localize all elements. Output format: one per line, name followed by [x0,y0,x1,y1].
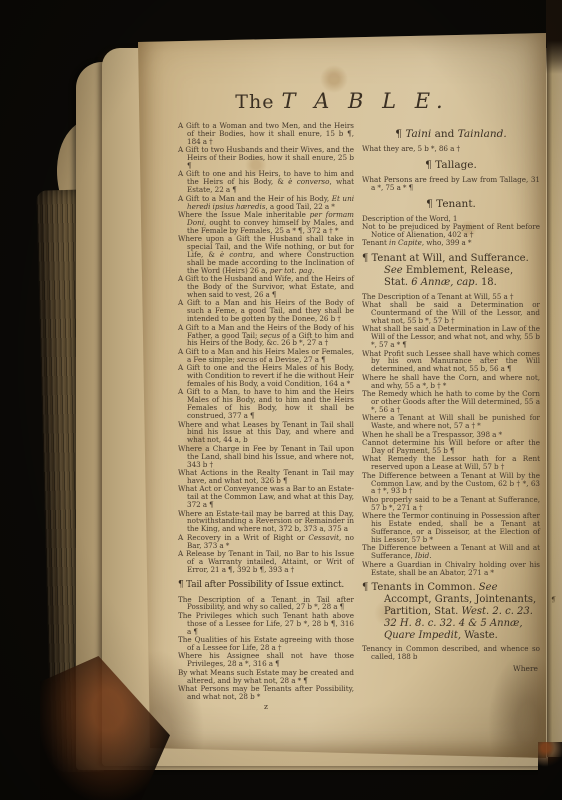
index-entry: What Persons may be Tenants after Possib… [178,685,354,701]
section-heading: ¶ Tenant at Will, and Sufferance. See Em… [362,253,540,288]
right-column: ¶ Taini and Tainland.What they are, 5 b … [362,122,540,711]
index-entry: A Release by Tenant in Tail, no Bar to h… [178,550,354,574]
cover-corner-dark [546,0,562,74]
index-entry: The Privileges which such Tenant hath ab… [178,612,354,636]
index-entry: Where a Guardian in Chivalry holding ove… [362,561,540,577]
index-entry: What Persons are freed by Law from Talla… [362,176,540,192]
index-entry: A Gift to a Man and the Heir of his Body… [178,195,354,211]
section-heading: ¶ Taini and Tainland. [362,128,540,140]
index-entry: The Difference between a Tenant at Will … [362,472,540,496]
index-entry: A Gift to a Woman and two Men, and the H… [178,122,354,146]
index-entry: Where and what Leases by Tenant in Tail … [178,421,354,445]
index-entry: The Remedy which he hath to come by the … [362,390,540,414]
left-column: A Gift to a Woman and two Men, and the H… [178,122,354,711]
printed-text-block: TheT A B L E. A Gift to a Woman and two … [178,89,540,711]
index-entry: A Recovery in a Writ of Right or Cessavi… [178,534,354,550]
index-columns: A Gift to a Woman and two Men, and the H… [178,122,540,711]
index-entry: A Gift to a Man and the Heirs of the Bod… [178,324,354,348]
index-entry: A Gift to one and the Heirs Males of his… [178,364,354,388]
index-entry: Tenant in Capite, who, 399 a * [362,239,540,247]
page-title: TheT A B L E. [178,89,506,113]
section-heading: ¶ Tenant. [362,198,540,210]
index-entry: A Gift to a Man, to have to him and the … [178,388,354,420]
index-entry: By what Means such Estate may be created… [178,669,354,685]
index-entry: The Qualities of his Estate agreeing wit… [178,636,354,652]
index-entry: Where the Issue Male inheritable per for… [178,211,354,235]
index-entry: Cannot determine his Will before or afte… [362,439,540,455]
title-prefix: The [235,91,274,113]
index-entry: What Profit such Lessee shall have which… [362,350,540,374]
index-entry: A Gift to two Husbands and their Wives, … [178,146,354,170]
title-main: T A B L E. [281,89,448,113]
next-leaf-edge [547,0,562,757]
index-entry: What Remedy the Lessor hath for a Rent r… [362,455,540,471]
index-entry: A Gift to the Husband and Wife, and the … [178,275,354,299]
section-heading: ¶ Tenants in Common. See Accompt, Grants… [362,582,540,641]
book-page: TheT A B L E. A Gift to a Woman and two … [138,33,546,758]
index-entry: Who properly said to be a Tenant at Suff… [362,496,540,512]
section-heading: ¶ Tallage. [362,159,540,171]
index-entry: Where an Estate-tail may be barred at th… [178,510,354,534]
index-entry: The Description of a Tenant in Tail afte… [178,596,354,612]
index-entry: Where upon a Gift the Husband shall take… [178,235,354,275]
leather-corner [538,742,562,800]
index-entry: What Actions in the Realty Tenant in Tai… [178,469,354,485]
section-heading: ¶ Tail after Possibility of Issue extinc… [178,580,354,592]
book-photo: TheT A B L E. A Gift to a Woman and two … [0,0,562,800]
index-entry: A Gift to a Man and his Heirs of the Bod… [178,299,354,323]
next-leaf-pilcrow-mark: ¶ [551,596,555,604]
index-entry: A Gift to one and his Heirs, to have to … [178,170,354,194]
catchword: Where [362,664,540,673]
index-entry: What shall be said a Determination in La… [362,325,540,349]
index-entry: Where he shall have the Corn, and where … [362,374,540,390]
index-entry: What Act or Conveyance was a Bar to an E… [178,485,354,509]
index-entry: What shall be said a Determination or Co… [362,301,540,325]
index-entry: A Gift to a Man and his Heirs Males or F… [178,348,354,364]
index-entry: Where a Tenant at Will shall be punished… [362,414,540,430]
index-entry: Where his Assignee shall not have those … [178,652,354,668]
index-entry: Not to be prejudiced by Payment of Rent … [362,223,540,239]
index-entry: Where the Termor continuing in Possessio… [362,512,540,544]
index-entry: Tenancy in Common described, and whence … [362,645,540,661]
index-entry: What they are, 5 b *, 86 a † [362,145,540,153]
index-entry: The Difference between a Tenant at Will … [362,544,540,560]
signature-mark: z [178,702,354,711]
index-entry: Where a Charge in Fee by Tenant in Tail … [178,445,354,469]
